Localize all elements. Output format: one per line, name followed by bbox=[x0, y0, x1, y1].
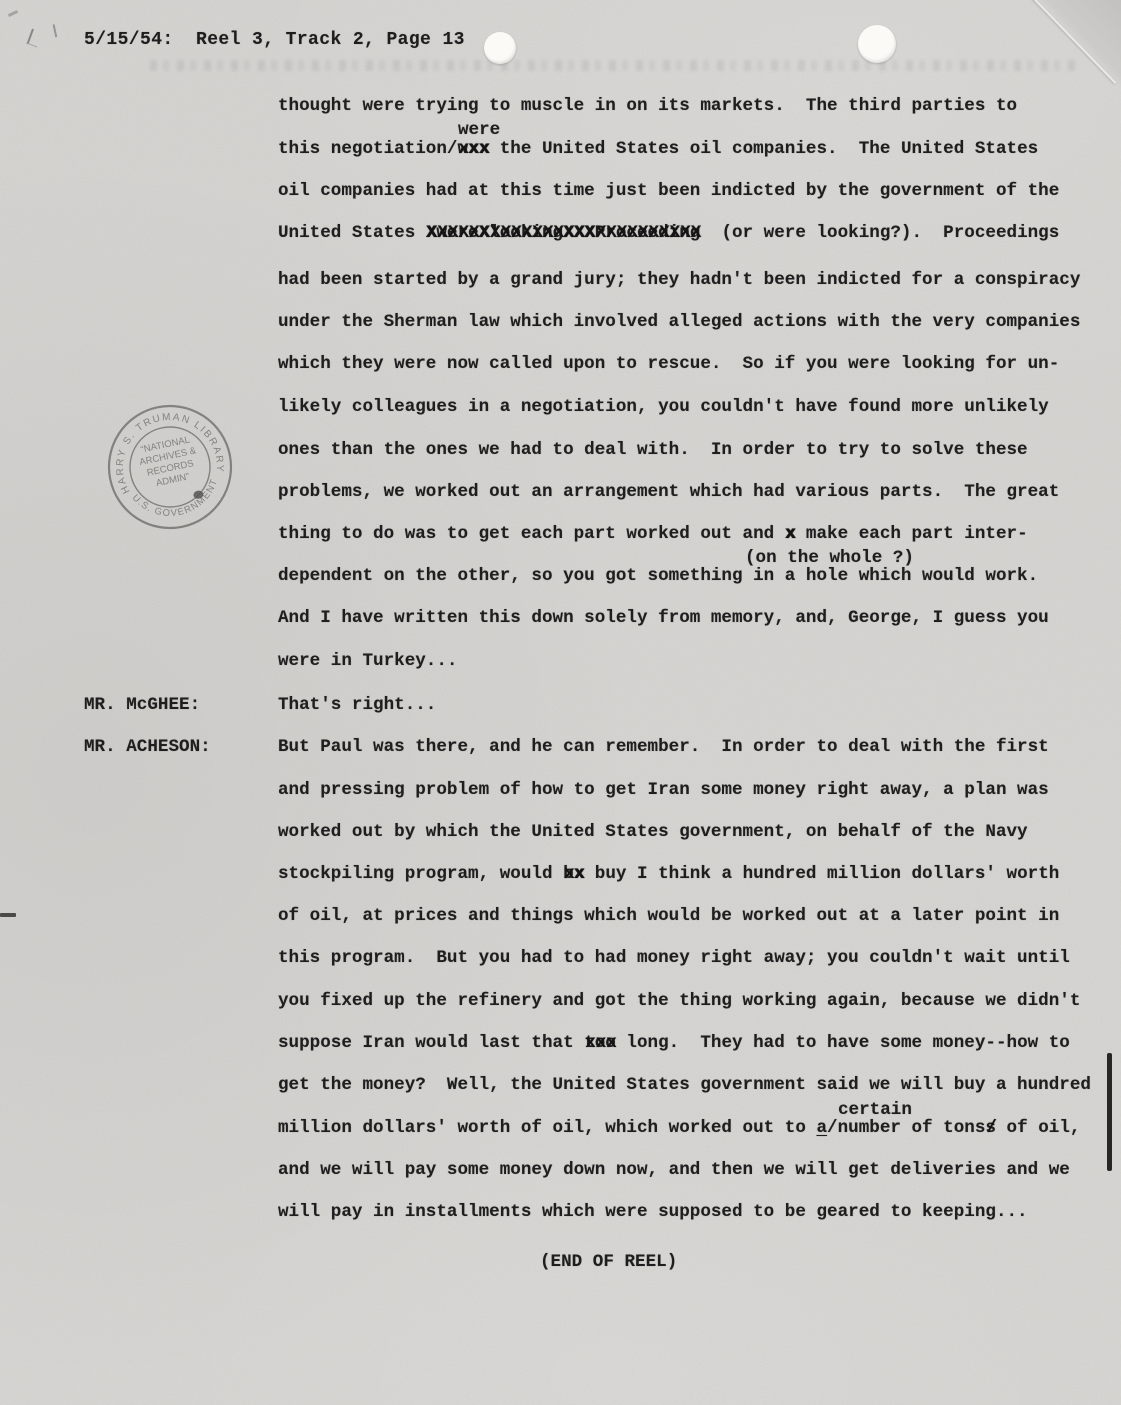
text-segment: which they were now called upon to rescu… bbox=[278, 354, 1059, 374]
text-segment: oil companies had at this time just been… bbox=[278, 181, 1059, 201]
transcript-line: this negotiation/wxxxxx the United State… bbox=[278, 139, 1038, 159]
transcript-line: likely colleagues in a negotiation, you … bbox=[278, 397, 1049, 417]
transcript-line: were bbox=[458, 120, 500, 140]
transcript-line: MR. ACHESON: bbox=[84, 737, 211, 757]
pencil-mark bbox=[27, 29, 43, 48]
transcript-line: (on the whole ?) bbox=[745, 548, 914, 568]
transcript-line: had been started by a grand jury; they h… bbox=[278, 270, 1080, 290]
text-segment: ones than the ones we had to deal with. … bbox=[278, 440, 1028, 460]
transcript-line: ones than the ones we had to deal with. … bbox=[278, 440, 1028, 460]
text-segment: had been started by a grand jury; they h… bbox=[278, 270, 1080, 290]
transcript-line: you fixed up the refinery and got the th… bbox=[278, 991, 1080, 1011]
text-segment: get the money? Well, the United States g… bbox=[278, 1075, 1091, 1095]
transcript-line: will pay in installments which were supp… bbox=[278, 1202, 1028, 1222]
text-segment: certain bbox=[838, 1100, 912, 1120]
text-segment: That's right... bbox=[278, 695, 436, 715]
text-segment: long. They had to have some money--how t… bbox=[616, 1033, 1070, 1053]
text-segment: suppose Iran would last that bbox=[278, 1033, 584, 1053]
transcript-line: thing to do was to get each part worked … bbox=[278, 524, 1028, 544]
overstruck-text: XwereXlookingXXXProceedingXXXXXXXXXXXXXX… bbox=[426, 223, 701, 243]
text-segment: And I have written this down solely from… bbox=[278, 608, 1049, 628]
text-segment: of oil, at prices and things which would… bbox=[278, 906, 1059, 926]
overstruck-text: s/ bbox=[985, 1118, 996, 1138]
transcript-line: under the Sherman law which involved all… bbox=[278, 312, 1080, 332]
text-segment: (END OF REEL) bbox=[540, 1252, 677, 1272]
transcript-line: were in Turkey... bbox=[278, 651, 458, 671]
overstruck-text: tooxxx bbox=[584, 1033, 616, 1053]
scan-artifact-line bbox=[1107, 1053, 1112, 1171]
text-segment: thing to do was to get each part worked … bbox=[278, 524, 785, 544]
overstruck-text: xx bbox=[785, 524, 796, 544]
text-segment: (or were looking?). Proceedings bbox=[700, 223, 1059, 243]
text-segment: this program. But you had to had money r… bbox=[278, 948, 1070, 968]
pencil-mark bbox=[46, 24, 58, 39]
text-segment: of oil, bbox=[996, 1118, 1080, 1138]
text-segment: will pay in installments which were supp… bbox=[278, 1202, 1028, 1222]
text-segment: under the Sherman law which involved all… bbox=[278, 312, 1080, 332]
text-segment: dependent on the other, so you got somet… bbox=[278, 566, 1038, 586]
document-page: 5/15/54: Reel 3, Track 2, Page 13 HARRY … bbox=[0, 0, 1121, 1405]
transcript-line: problems, we worked out an arrangement w… bbox=[278, 482, 1059, 502]
transcript-line: And I have written this down solely from… bbox=[278, 608, 1049, 628]
page-header: 5/15/54: Reel 3, Track 2, Page 13 bbox=[84, 30, 465, 50]
text-segment: (on the whole ?) bbox=[745, 548, 914, 568]
overstruck-text: bxxx bbox=[563, 864, 584, 884]
text-segment: and we will pay some money down now, and… bbox=[278, 1160, 1070, 1180]
text-segment: /number of tons bbox=[827, 1118, 985, 1138]
text-segment: were in Turkey... bbox=[278, 651, 458, 671]
transcript-line: certain bbox=[838, 1100, 912, 1120]
text-segment: million dollars' worth of oil, which wor… bbox=[278, 1118, 816, 1138]
transcript-line: That's right... bbox=[278, 695, 436, 715]
text-segment: make each part inter- bbox=[795, 524, 1027, 544]
transcript-line: suppose Iran would last that tooxxx long… bbox=[278, 1033, 1070, 1053]
transcript-line: (END OF REEL) bbox=[540, 1252, 677, 1272]
transcript-line: stockpiling program, would bxxx buy I th… bbox=[278, 864, 1059, 884]
text-segment: likely colleagues in a negotiation, you … bbox=[278, 397, 1049, 417]
transcript-line: United States XwereXlookingXXXProceeding… bbox=[278, 223, 1059, 243]
transcript-line: oil companies had at this time just been… bbox=[278, 181, 1059, 201]
transcript-line: and pressing problem of how to get Iran … bbox=[278, 780, 1049, 800]
underlined-text: a bbox=[816, 1118, 827, 1138]
transcript-line: get the money? Well, the United States g… bbox=[278, 1075, 1091, 1095]
archive-stamp: HARRY S. TRUMAN LIBRARY U.S. GOVERNMENT … bbox=[90, 387, 250, 547]
transcript-line: of oil, at prices and things which would… bbox=[278, 906, 1059, 926]
transcript-line: and we will pay some money down now, and… bbox=[278, 1160, 1070, 1180]
hole-punch-right bbox=[858, 25, 896, 63]
text-segment: thought were trying to muscle in on its … bbox=[278, 96, 1017, 116]
text-segment: worked out by which the United States go… bbox=[278, 822, 1028, 842]
transcript-line: dependent on the other, so you got somet… bbox=[278, 566, 1038, 586]
text-segment: MR. McGHEE: bbox=[84, 695, 200, 715]
transcript-line: MR. McGHEE: bbox=[84, 695, 200, 715]
transcript-line: thought were trying to muscle in on its … bbox=[278, 96, 1017, 116]
text-segment: this negotiation/ bbox=[278, 139, 458, 159]
text-segment: buy I think a hundred million dollars' w… bbox=[584, 864, 1059, 884]
edge-mark bbox=[0, 913, 16, 917]
transcript-line: But Paul was there, and he can remember.… bbox=[278, 737, 1049, 757]
transcript-line: this program. But you had to had money r… bbox=[278, 948, 1070, 968]
text-segment: were bbox=[458, 120, 500, 140]
transcript-line: worked out by which the United States go… bbox=[278, 822, 1028, 842]
text-segment: MR. ACHESON: bbox=[84, 737, 211, 757]
text-segment: stockpiling program, would bbox=[278, 864, 563, 884]
transcript-line: which they were now called upon to rescu… bbox=[278, 354, 1059, 374]
text-segment: United States bbox=[278, 223, 426, 243]
text-segment: the United States oil companies. The Uni… bbox=[489, 139, 1038, 159]
hole-punch-left bbox=[484, 32, 516, 64]
text-segment: problems, we worked out an arrangement w… bbox=[278, 482, 1059, 502]
text-segment: you fixed up the refinery and got the th… bbox=[278, 991, 1080, 1011]
overstruck-text: wxxxxx bbox=[458, 139, 490, 159]
typewriter-ghost-impression bbox=[150, 60, 1080, 71]
text-segment: and pressing problem of how to get Iran … bbox=[278, 780, 1049, 800]
pencil-mark bbox=[8, 10, 18, 17]
transcript-line: million dollars' worth of oil, which wor… bbox=[278, 1118, 1080, 1138]
text-segment: But Paul was there, and he can remember.… bbox=[278, 737, 1049, 757]
